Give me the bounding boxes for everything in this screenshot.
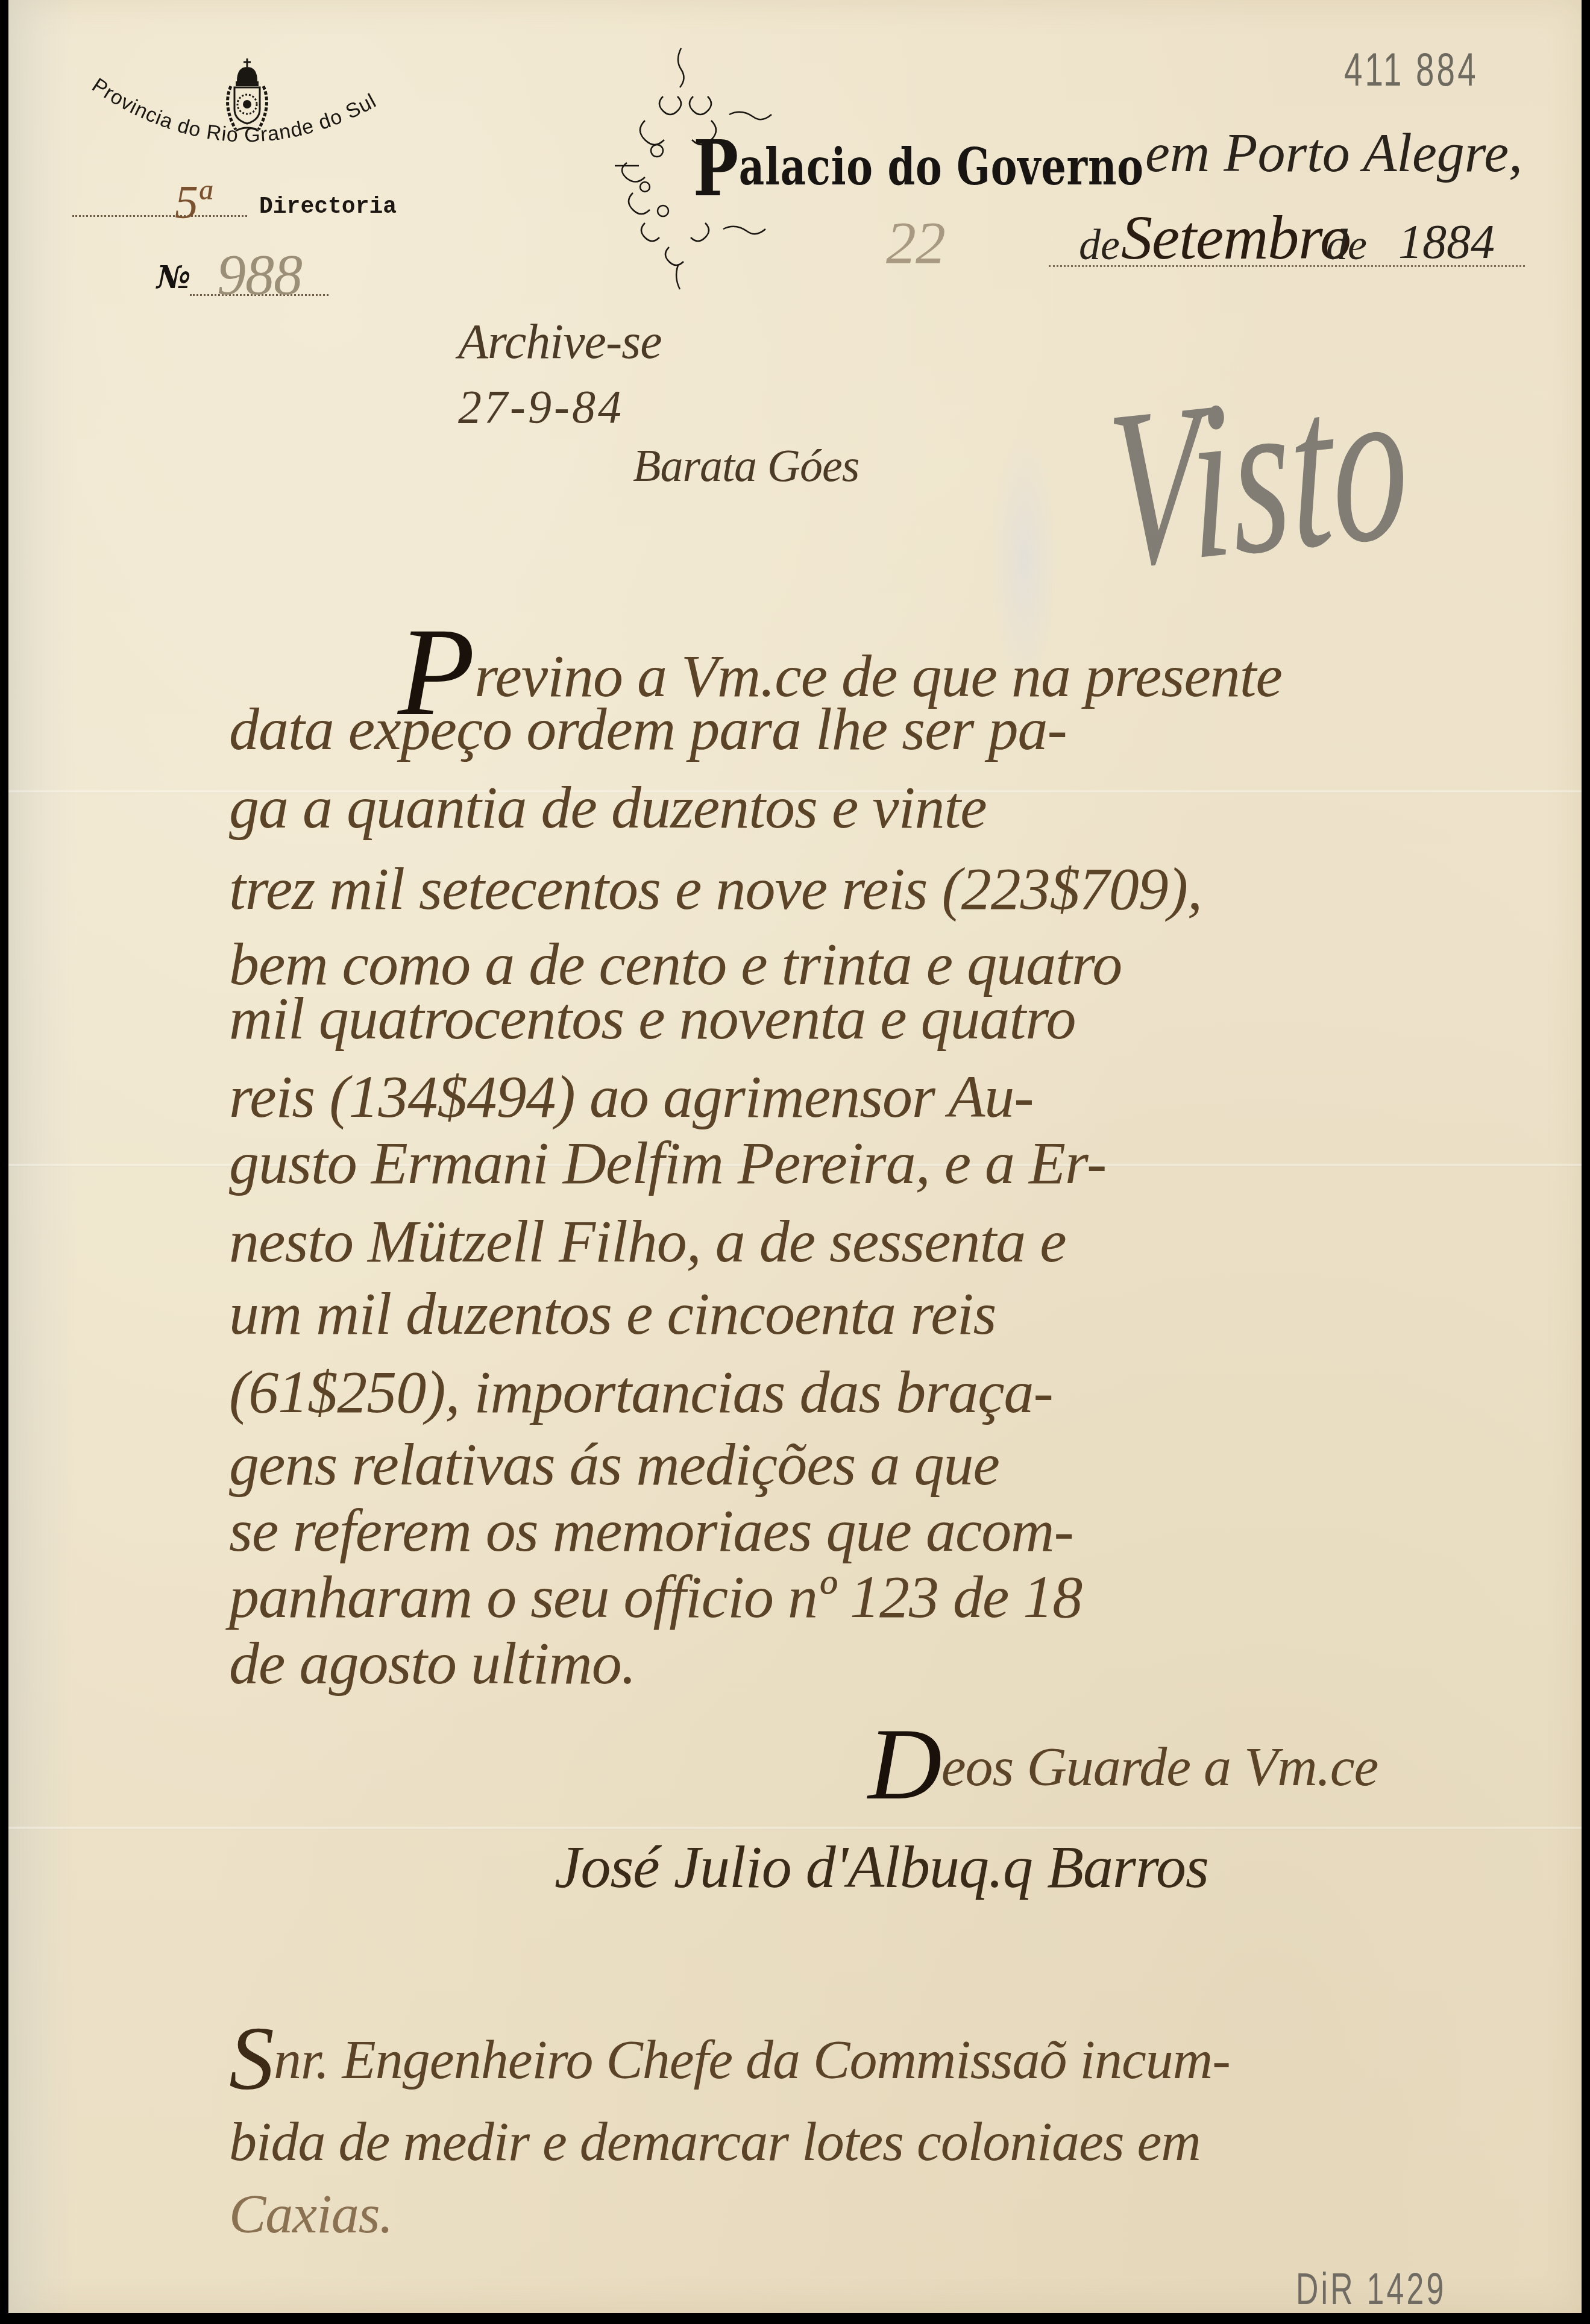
address-line-text: bida de medir e demarcar lotes coloniaes… [229,2111,1201,2172]
address-line: Snr. Engenheiro Chefe da Commissaõ incum… [229,2007,1230,2111]
numero-field: № 988 [157,241,410,313]
body-line-text: se referem os memoriaes que acom- [229,1497,1073,1564]
body-line: de agosto ultimo. [229,1633,636,1694]
signature: José Julio d'Albuq.q Barros [555,1832,1208,1902]
body-line-text: nesto Mützell Filho, a de sessenta e [229,1208,1066,1275]
date-year: 1884 [1398,215,1495,270]
body-line-text: data expeço ordem para lhe ser pa- [229,696,1067,762]
date-month: Setembro [1121,202,1351,274]
body-line-text: gens relativas ás medições a que [229,1431,999,1498]
date-day: 22 [886,208,945,277]
body-line: um mil duzentos e cincoenta reis [229,1284,996,1344]
archive-note-initials: Barata Góes [633,440,859,492]
body-line-text: de agosto ultimo. [229,1630,636,1697]
location-text: em Porto Alegre, [1145,121,1522,184]
address-initial: S [229,2009,274,2109]
body-line: gusto Ermani Delfim Pereira, e a Er- [229,1133,1106,1193]
directoria-number: 5ª [175,175,210,229]
body-line: se referem os memoriaes que acom- [229,1501,1073,1561]
date-de: de [1079,220,1120,270]
archive-note-date: 27-9-84 [458,380,624,434]
body-line: trez mil setecentos e nove reis (223$709… [229,859,1202,919]
archive-note: Archive-se [458,313,662,370]
address-line-text: nr. Engenheiro Chefe da Commissaõ incum- [274,2029,1230,2090]
archive-number-top: 411 884 [1344,42,1478,97]
body-line-text: ga a quantia de duzentos e vinte [229,774,987,841]
palacio-heading: Palacio do Governo [693,124,1144,214]
body-line: mil quatrocentos e noventa e quatro [229,988,1076,1049]
body-line: ga a quantia de duzentos e vinte [229,777,987,838]
body-line: reis (134$494) ao agrimensor Au- [229,1067,1034,1127]
address-line: Caxias. [229,2182,393,2246]
body-line: (61$250), importancias das braça- [229,1362,1053,1422]
body-line-text: gusto Ermani Delfim Pereira, e a Er- [229,1129,1106,1196]
address-line-text: Caxias. [229,2183,393,2244]
body-line: data expeço ordem para lhe ser pa- [229,699,1067,759]
address-line: bida de medir e demarcar lotes coloniaes… [229,2109,1201,2173]
palacio-initial: P [693,124,739,214]
date-line: 22 de Setembro de 1884 [886,208,1531,274]
archive-number-bottom: DiR 1429 [1296,2263,1447,2314]
imperial-crest-icon [214,57,280,136]
body-line-text: mil quatrocentos e noventa e quatro [229,985,1076,1052]
dotted-line [72,215,247,217]
date-de-2: de [1326,220,1367,270]
paper-edge-shadow [8,0,75,2313]
directoria-label: Directoria [259,194,397,220]
numero-value: 988 [217,241,302,308]
closing-initial: D [868,1707,941,1821]
body-line-text: panharam o seu officio nº 123 de 18 [229,1563,1082,1630]
paper-fold [8,1826,1582,1830]
closing-text: eos Guarde a Vm.ce [941,1736,1378,1797]
closing-salutation: Deos Guarde a Vm.ce [868,1706,1378,1823]
body-line: panharam o seu officio nº 123 de 18 [229,1567,1082,1627]
body-line: gens relativas ás medições a que [229,1434,999,1495]
directoria-field: 5ª Directoria [72,181,446,229]
body-line-text: trez mil setecentos e nove reis (223$709… [229,855,1202,922]
visto-pencil-mark: Visto [1103,330,1413,621]
palacio-title: alacio do Governo [739,137,1144,196]
body-line-text: (61$250), importancias das braça- [229,1358,1053,1425]
body-line-text: reis (134$494) ao agrimensor Au- [229,1063,1034,1130]
numero-label: № [157,259,191,296]
body-line: nesto Mützell Filho, a de sessenta e [229,1211,1066,1272]
body-line-text: um mil duzentos e cincoenta reis [229,1280,996,1347]
